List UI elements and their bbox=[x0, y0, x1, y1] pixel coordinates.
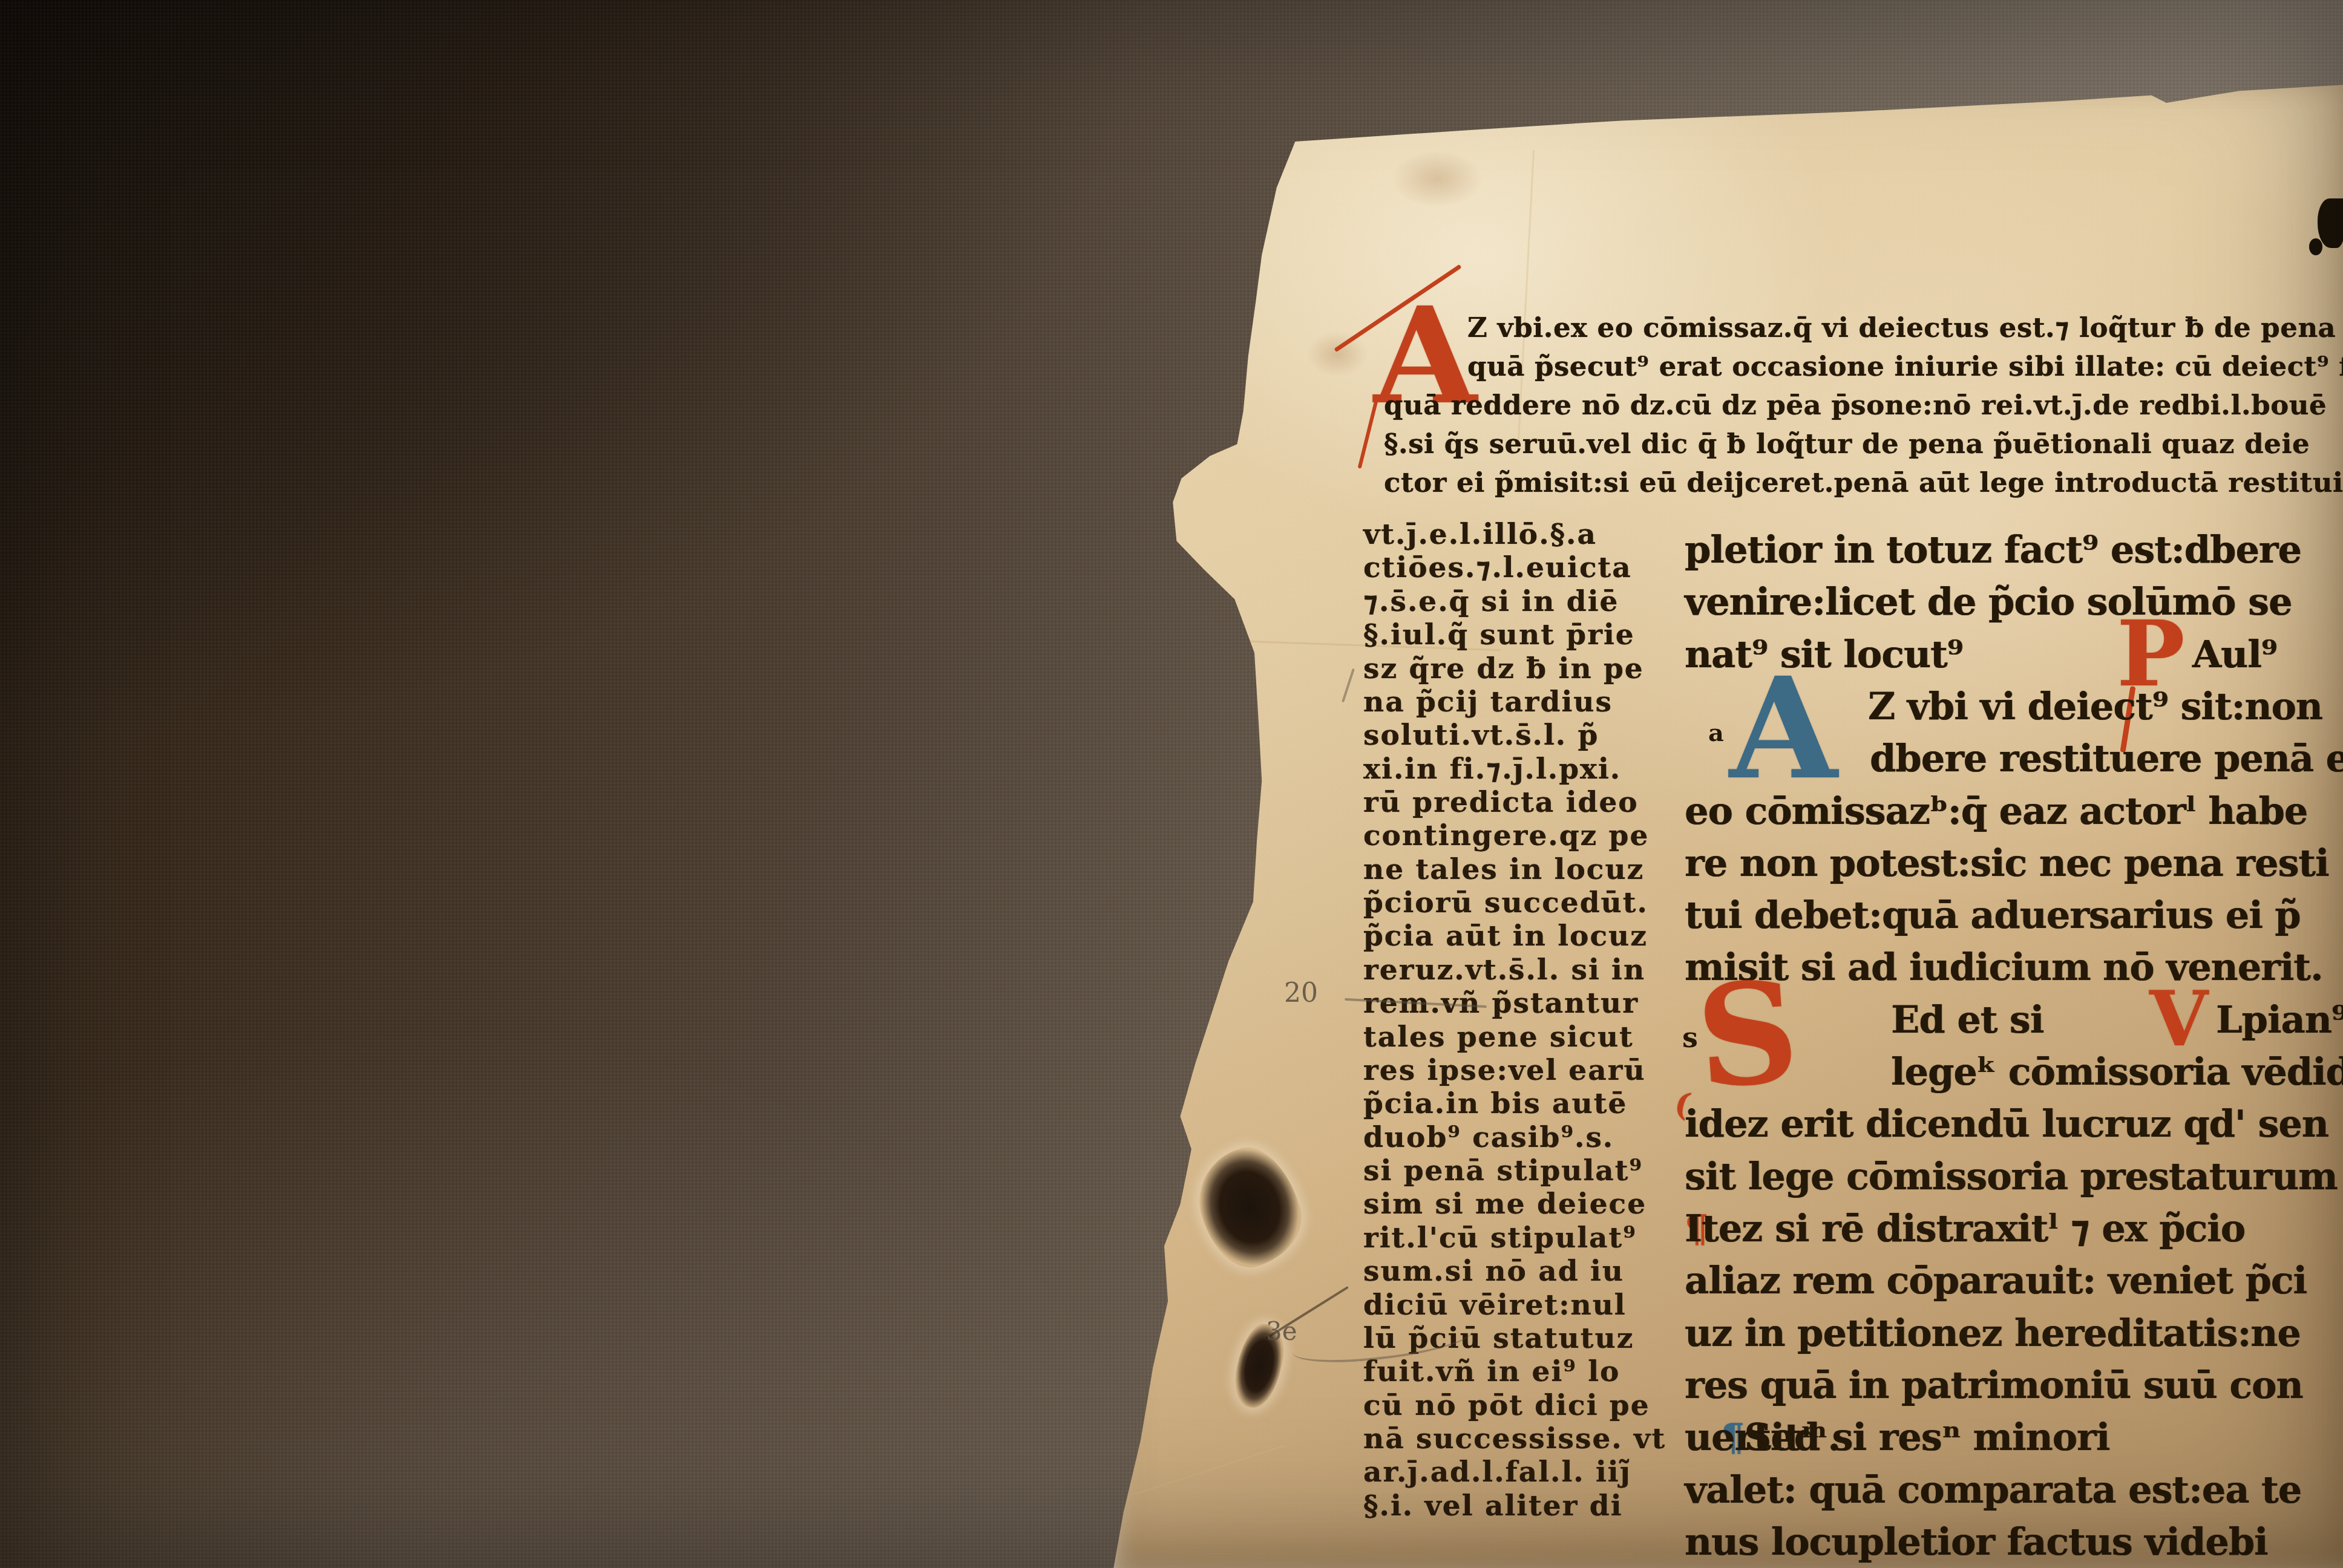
gloss-line: xi.in fi.⁊.j̄.l.pxi. bbox=[1363, 753, 1621, 786]
main-line: nus locupletior factus videbi bbox=[1685, 1520, 2268, 1564]
main-line: idez erit dicendū lucruz qd' sen bbox=[1685, 1102, 2328, 1146]
gloss-line: ar.j̄.ad.l.fal.l. iij̃ bbox=[1363, 1455, 1631, 1489]
gloss-line: p̃cia aūt in locuz bbox=[1363, 920, 1648, 953]
guide-letter-s: s bbox=[1682, 1021, 1698, 1054]
crease-line bbox=[1135, 1445, 1285, 1495]
gloss-line: res ipse:vel earū bbox=[1363, 1054, 1646, 1087]
gloss-line: nā successisse. vt bbox=[1363, 1422, 1666, 1455]
gloss-line: fuit.vñ in ei⁹ lo bbox=[1363, 1355, 1620, 1388]
gloss-line: duob⁹ casib⁹.s. bbox=[1363, 1121, 1614, 1154]
gloss-line: sz q̃re dz ƀ in pe bbox=[1363, 652, 1644, 685]
gloss-line: ⁊.s̄.e.q̄ si in diē bbox=[1363, 585, 1619, 618]
gloss-line: cū nō pōt dici pe bbox=[1363, 1389, 1650, 1422]
main-line: tui debet:quā aduersarius ei p̃ bbox=[1685, 893, 2301, 937]
main-line: uz in petitionez hereditatis:ne bbox=[1685, 1311, 2301, 1355]
paper-hole-large bbox=[1187, 1137, 1312, 1278]
top-paragraph-line: quā p̃secut⁹ erat occasione iniurie sibi… bbox=[1467, 350, 2343, 382]
gloss-line: §.i. vel aliter di bbox=[1363, 1489, 1623, 1523]
main-line: eo cōmissazᵇ:q̄ eaz actorˡ habe bbox=[1685, 789, 2307, 833]
gloss-line: rit.l'cū stipulat⁹ bbox=[1363, 1221, 1637, 1255]
pencil-annotation-number: 20 bbox=[1284, 978, 1318, 1008]
main-line: sit lege cōmissoria prestaturum bbox=[1685, 1154, 2338, 1198]
gloss-line: diciū vēiret:nul bbox=[1363, 1289, 1627, 1322]
main-line-text: Itez si rē distraxitˡ ⁊ ex p̃cio bbox=[1685, 1206, 2245, 1250]
main-line: legeᵏ cōmissoria vēdidi bbox=[1891, 1050, 2343, 1094]
top-paragraph-line: ctor ei p̃misit:si eū deijceret.penā aūt… bbox=[1384, 466, 2343, 498]
gloss-line: §.iul.q̃ sunt p̄rie bbox=[1363, 618, 1635, 652]
gloss-line: na p̃cij tardius bbox=[1363, 685, 1613, 719]
pencil-tick bbox=[1342, 668, 1355, 702]
gloss-line: ne tales in locuz bbox=[1363, 853, 1644, 886]
guide-letter-a: a bbox=[1708, 719, 1724, 747]
main-line: pletior in totuz fact⁹ est:dbere bbox=[1685, 528, 2301, 572]
gloss-line: ctiōes.⁊.l.euicta bbox=[1363, 551, 1632, 584]
main-line: aliaz rem cōparauit: veniet p̃ci bbox=[1685, 1258, 2307, 1302]
lombardic-initial-s-red: S bbox=[1693, 962, 1803, 1108]
main-line: uertitᵐ. ¶Sed si resⁿ minori bbox=[1685, 1415, 1744, 1459]
gloss-line: p̃cia.in bis autē bbox=[1363, 1087, 1627, 1120]
main-line: res quā in patrimoniū suū con bbox=[1685, 1363, 2302, 1407]
gloss-line: contingere.qz pe bbox=[1363, 819, 1649, 852]
main-line: venire:licet de p̃cio solūmō se bbox=[1685, 580, 2292, 624]
gloss-line: sum.si nō ad iu bbox=[1363, 1255, 1624, 1288]
stain bbox=[1392, 150, 1483, 207]
fabric-background: A Z vbi.ex eo cōmissaz.q̄ vi deiectus es… bbox=[0, 0, 2343, 1568]
lombardic-initial-a-blue: A bbox=[1729, 659, 1837, 799]
stain bbox=[1307, 332, 1368, 377]
gloss-line: rū predicta ideo bbox=[1363, 786, 1639, 819]
main-line: Ed et si bbox=[1891, 998, 2043, 1042]
gloss-line: sim si me deiece bbox=[1363, 1187, 1647, 1221]
main-line-text: Sed si resⁿ minori bbox=[1744, 1415, 2109, 1459]
lombardic-initial-v-red: V bbox=[2149, 982, 2208, 1057]
main-line-paulus: Aul⁹ bbox=[2192, 632, 2277, 676]
gloss-line: tales pene sicut bbox=[1363, 1021, 1634, 1054]
main-line: re non potest:sic nec pena resti bbox=[1685, 841, 2329, 885]
book-leaf: A Z vbi.ex eo cōmissaz.q̄ vi deiectus es… bbox=[1107, 77, 2343, 1568]
main-line: Z vbi vi deiect⁹ sit:non bbox=[1868, 684, 2322, 728]
top-paragraph-line: Z vbi.ex eo cōmissaz.q̄ vi deiectus est.… bbox=[1467, 312, 2336, 344]
gloss-line: si penā stipulat⁹ bbox=[1363, 1154, 1643, 1187]
gloss-line: reruz.vt.s̄.l. si in bbox=[1363, 953, 1645, 987]
main-line-ulpianus: Lpian⁹ bbox=[2216, 998, 2343, 1042]
gloss-line: soluti.vt.s̄.l. p̃ bbox=[1363, 719, 1599, 752]
gloss-line: p̃ciorū succedūt. bbox=[1363, 886, 1648, 920]
gloss-line: vt.j̄.e.l.illō.§.a bbox=[1363, 518, 1597, 551]
top-paragraph-line: quā reddere nō dz.cū dz pēa p̄sone:nō re… bbox=[1384, 389, 2327, 421]
edge-letter-fragment bbox=[2309, 238, 2322, 255]
main-line: valet: quā comparata est:ea te bbox=[1685, 1468, 2301, 1512]
main-line: dbere restituere penā ex bbox=[1870, 736, 2343, 780]
edge-letter-fragment bbox=[2318, 198, 2343, 248]
top-paragraph-line: §.si q̃s seruū.vel dic q̄ ƀ loq̃tur de p… bbox=[1384, 428, 2310, 460]
